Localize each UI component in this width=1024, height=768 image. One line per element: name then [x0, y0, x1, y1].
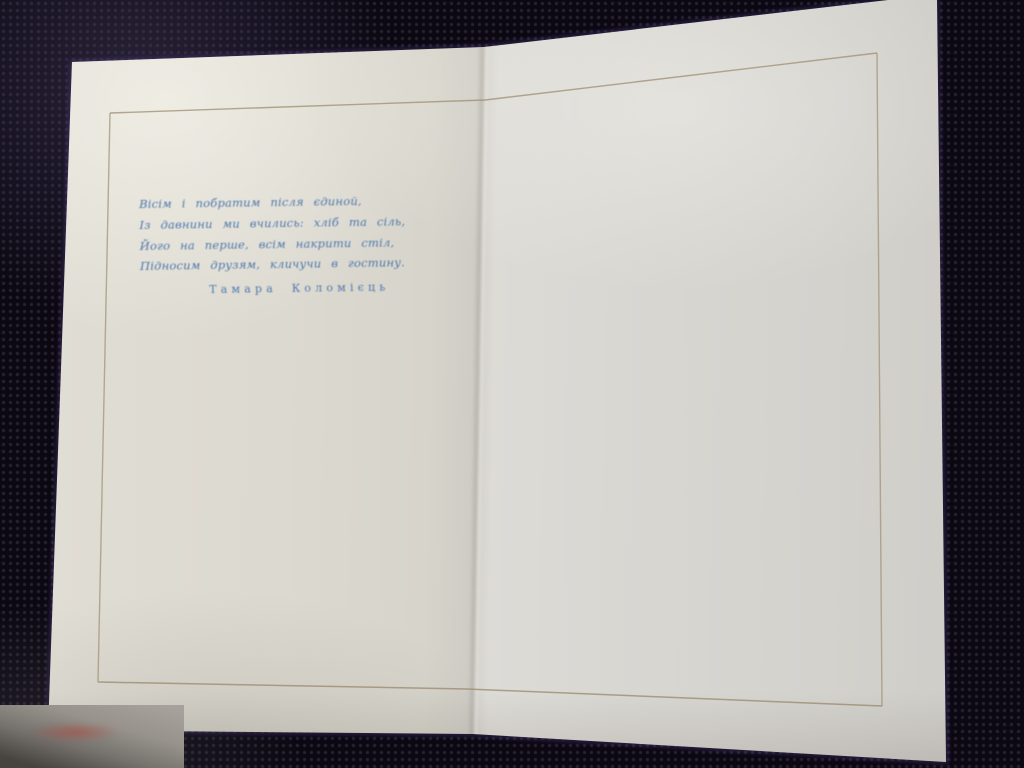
- card-center-fold: [467, 44, 489, 738]
- poem-line-4: Підносим друзям, кличучи в гостину.: [140, 252, 458, 277]
- red-smudge: [30, 723, 120, 741]
- poem-block: Вісім і побратим після єдиной, Із давнин…: [139, 190, 458, 302]
- poem-author: Тамара Коломієць: [140, 277, 458, 302]
- photo-of-open-greeting-card: Вісім і побратим після єдиной, Із давнин…: [0, 0, 1024, 768]
- open-greeting-card: [0, 0, 1024, 768]
- blurred-watermark: [0, 705, 184, 768]
